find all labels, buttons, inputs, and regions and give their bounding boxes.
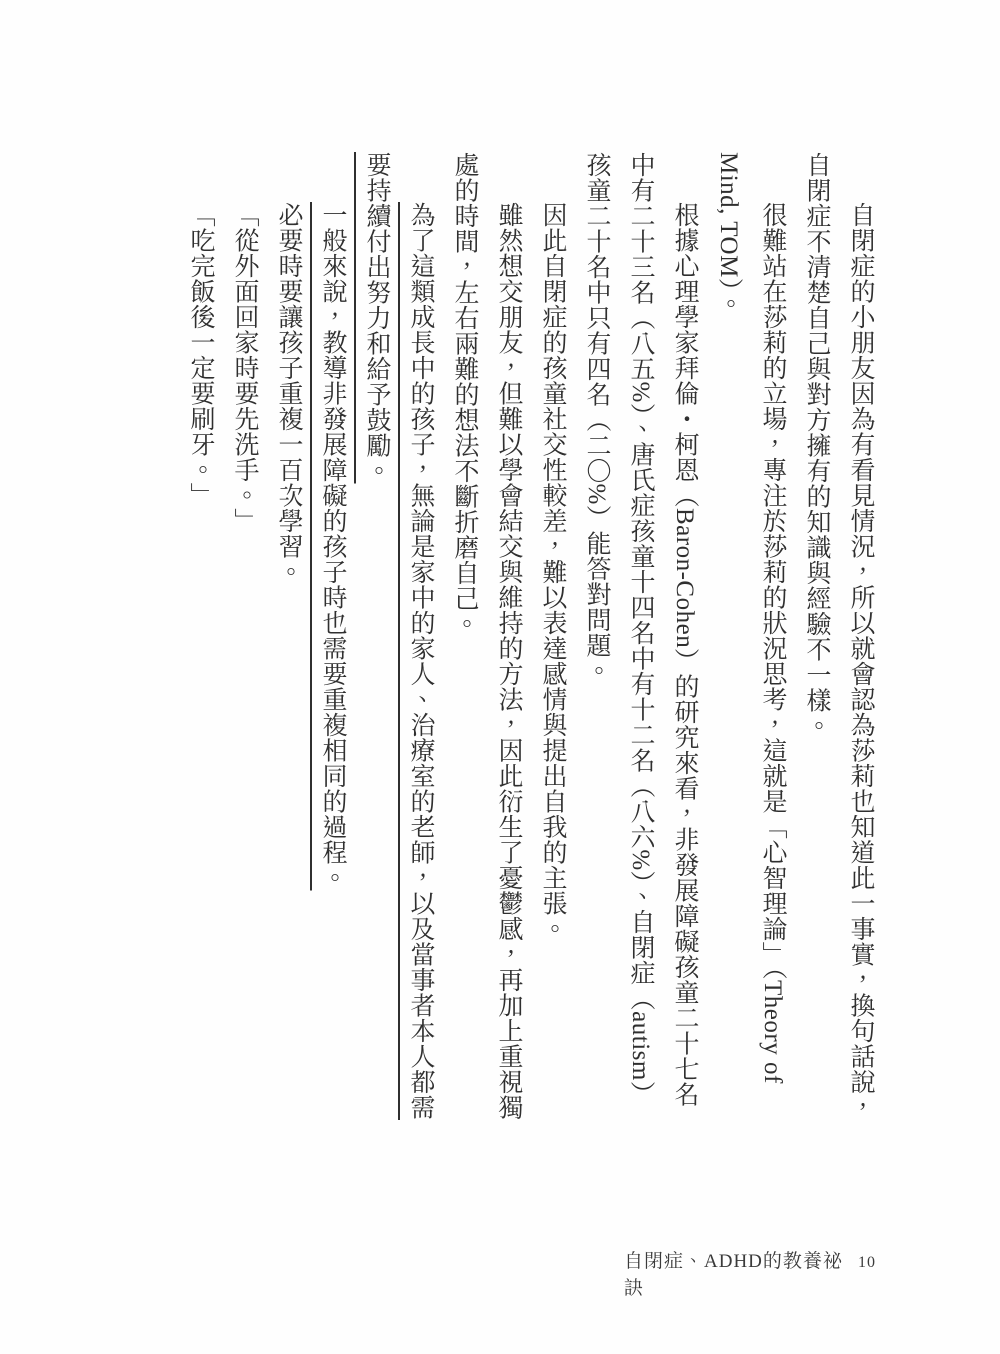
page-footer: 自閉症、ADHD的教養祕訣 10 (624, 1246, 876, 1300)
paragraph: 因此自閉症的孩童社交性較差，難以表達感情與提出自我的主張。 (530, 152, 574, 1217)
paragraph: 雖然想交朋友，但難以學會結交與維持的方法，因此衍生了憂鬱感，再加上重視獨 處的時… (442, 152, 530, 1217)
paragraph: 「從外面回家時要先洗手。」 (222, 152, 266, 1217)
vertical-text-block: 自閉症的小朋友因為有看見情況，所以就會認為莎莉也知道此一事實，換句話說， 自閉症… (178, 152, 882, 1217)
paragraph-emphasized: 為了這類成長中的孩子，無論是家中的家人、治療室的老師，以及當事者本人都需 要持續… (354, 152, 442, 1217)
paragraph: 很難站在莎莉的立場，專注於莎莉的狀況思考，這就是「心智理論」（Theory of… (706, 152, 794, 1217)
paragraph: 「吃完飯後一定要刷牙。」 (178, 152, 222, 1217)
paragraph: 必要時要讓孩子重複一百次學習。 (266, 152, 310, 1217)
book-page: 自閉症的小朋友因為有看見情況，所以就會認為莎莉也知道此一事實，換句話說， 自閉症… (0, 0, 1000, 1354)
paragraph-emphasized: 一般來說，教導非發展障礙的孩子時也需要重複相同的過程。 (310, 152, 354, 1217)
paragraph: 自閉症的小朋友因為有看見情況，所以就會認為莎莉也知道此一事實，換句話說， 自閉症… (794, 152, 882, 1217)
paragraph: 根據心理學家拜倫・柯恩（Baron-Cohen）的研究來看，非發展障礙孩童二十七… (574, 152, 706, 1217)
footer-book-title: 自閉症、ADHD的教養祕訣 (624, 1246, 858, 1300)
footer-page-number: 10 (858, 1254, 876, 1272)
